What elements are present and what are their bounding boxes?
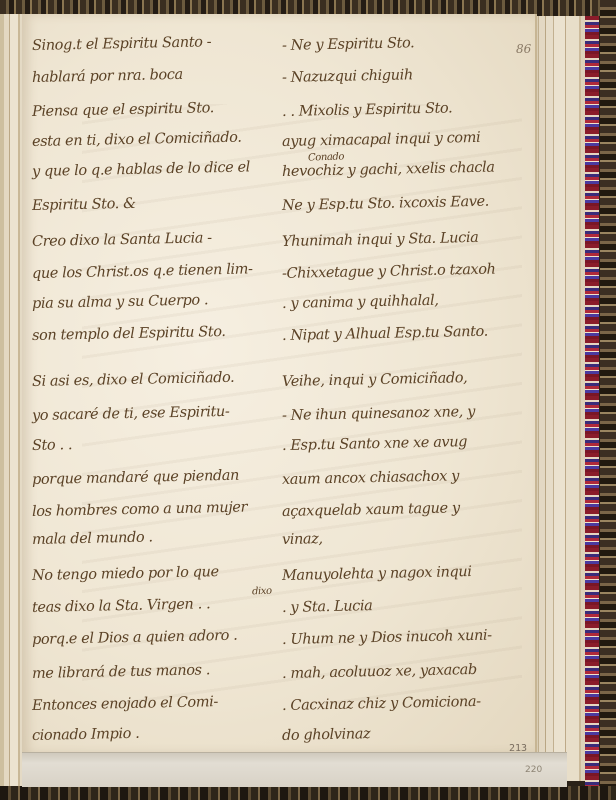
manuscript-line: Creo dixo la Santa Lucia - bbox=[32, 230, 212, 250]
manuscript-line: açaxquelab xaum tague y bbox=[282, 500, 460, 520]
manuscript-line: do gholvinaz bbox=[282, 726, 371, 744]
book-cover-right bbox=[600, 0, 616, 800]
manuscript-line: . Uhum ne y Dios inucoh xuni- bbox=[282, 628, 492, 648]
manuscript-line: que los Christ.os q.e tienen lim- bbox=[32, 261, 253, 282]
manuscript-line: hablará por nra. boca bbox=[32, 67, 183, 86]
manuscript-line: porque mandaré que piendan bbox=[32, 468, 239, 488]
manuscript-line: . Cacxinaz chiz y Comiciona- bbox=[282, 694, 481, 714]
tissue-guard-leaf bbox=[22, 752, 567, 787]
marbled-endpaper-edge bbox=[585, 16, 599, 786]
manuscript-line: Ne y Esp.tu Sto. ixcoxis Eave. bbox=[282, 194, 489, 214]
folio-number: 86 bbox=[516, 42, 531, 56]
manuscript-line: xaum ancox chiasachox y bbox=[282, 468, 459, 488]
manuscript-line: me librará de tus manos . bbox=[32, 662, 210, 682]
manuscript-line: mala del mundo . bbox=[32, 529, 153, 548]
manuscript-line: - Nazuzqui chiguih bbox=[282, 67, 413, 86]
manuscript-line: Yhunimah inqui y Sta. Lucia bbox=[282, 230, 479, 250]
manuscript-line: Entonces enojado el Comi- bbox=[32, 694, 218, 714]
manuscript-line: - Ne ihun quinesanoz xne, y bbox=[282, 404, 475, 424]
interlinear-note: Conado bbox=[308, 151, 344, 163]
manuscript-line: esta en ti, dixo el Comiciñado. bbox=[32, 130, 242, 150]
manuscript-line: . y Sta. Lucia bbox=[282, 598, 373, 616]
manuscript-line: Espiritu Sto. & bbox=[32, 196, 136, 214]
manuscript-line: . . Mixolis y Espiritu Sto. bbox=[282, 100, 453, 120]
interlinear-note: dixo bbox=[252, 586, 272, 598]
book-cover-bottom bbox=[0, 786, 616, 800]
manuscript-line: Sto . . bbox=[32, 437, 72, 454]
manuscript-page: 86 Sinog.t el Espiritu Santo -hablará po… bbox=[22, 14, 537, 756]
manuscript-line: . y canima y quihhalal, bbox=[282, 293, 439, 312]
manuscript-line: - Ne y Espiritu Sto. bbox=[282, 35, 415, 54]
manuscript-line: ayug ximacapal inqui y comi bbox=[282, 130, 481, 150]
manuscript-line: . mah, acoluuoz xe, yaxacab bbox=[282, 662, 477, 682]
manuscript-line: Sinog.t el Espiritu Santo - bbox=[32, 34, 212, 54]
manuscript-line: porq.e el Dios a quien adoro . bbox=[32, 628, 238, 648]
manuscript-line: Si asi es, dixo el Comiciñado. bbox=[32, 370, 235, 390]
manuscript-line: teas dixo la Sta. Virgen . . bbox=[32, 596, 211, 616]
manuscript-line: Veihe, inqui y Comiciñado, bbox=[282, 370, 468, 390]
manuscript-line: y que lo q.e hablas de lo dice el bbox=[32, 159, 250, 180]
manuscript-line: cionado Impio . bbox=[32, 726, 140, 744]
page-edges-stack bbox=[535, 16, 585, 781]
manuscript-line: vinaz, bbox=[282, 531, 323, 548]
manuscript-line: Manuyolehta y nagox inqui bbox=[282, 564, 472, 584]
manuscript-line: No tengo miedo por lo que bbox=[32, 564, 219, 584]
manuscript-line: pia su alma y su Cuerpo . bbox=[32, 292, 209, 312]
manuscript-line: yo sacaré de ti, ese Espiritu- bbox=[32, 404, 230, 424]
manuscript-line: . Nipat y Alhual Esp.tu Santo. bbox=[282, 324, 488, 344]
tissue-leaf-number: 220 bbox=[525, 765, 542, 775]
manuscript-line: . Esp.tu Santo xne xe avug bbox=[282, 434, 467, 454]
manuscript-line: son templo del Espiritu Sto. bbox=[32, 324, 226, 344]
manuscript-line: -Chixxetague y Christ.o tzaxoh bbox=[282, 262, 496, 282]
manuscript-line: los hombres como a una mujer bbox=[32, 499, 247, 520]
manuscript-line: Piensa que el espiritu Sto. bbox=[32, 100, 214, 120]
left-page-edges bbox=[0, 14, 22, 786]
